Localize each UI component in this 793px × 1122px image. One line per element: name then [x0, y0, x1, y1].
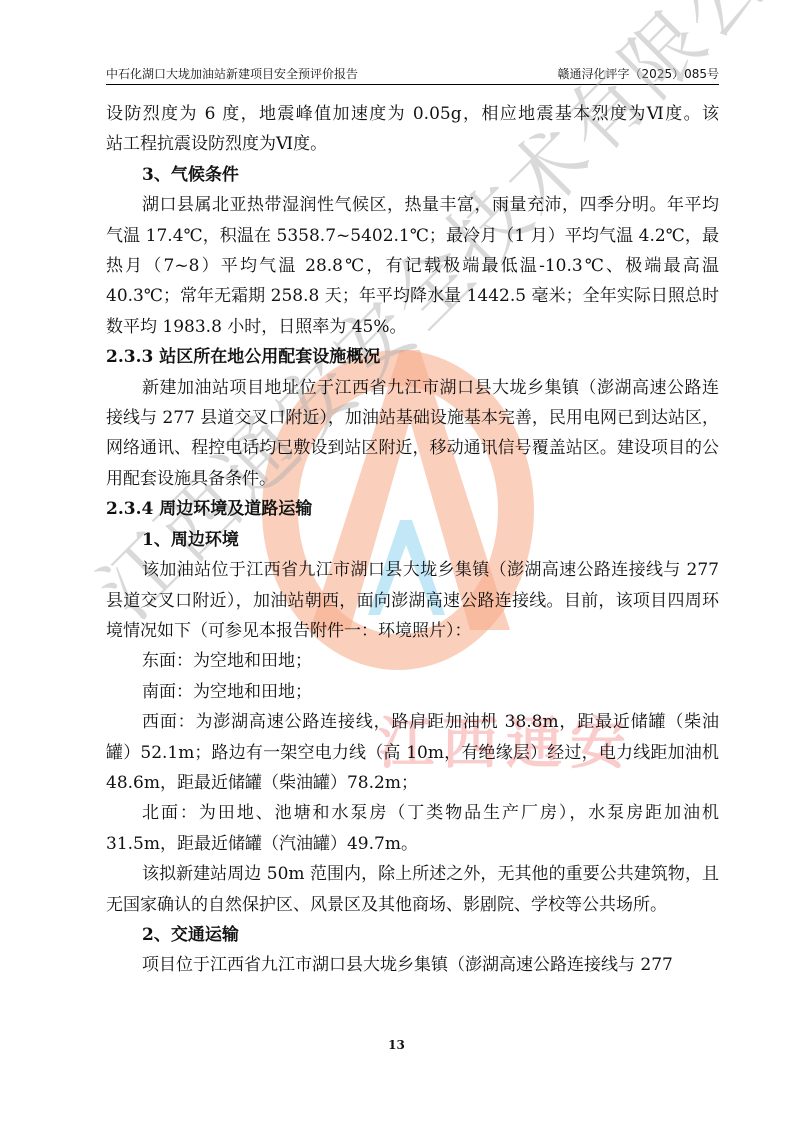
- paragraph-south: 南面：为空地和田地；: [106, 677, 719, 707]
- paragraph-range: 该拟新建站周边 50m 范围内，除上所述之外，无其他的重要公共建筑物，且无国家确…: [106, 859, 719, 920]
- paragraph-east: 东面：为空地和田地；: [106, 646, 719, 676]
- page-number: 13: [0, 1038, 793, 1052]
- document-number: 赣通浔化评字（2025）085号: [558, 66, 719, 82]
- heading-section-2-3-4: 2.3.4 周边环境及道路运输: [106, 494, 719, 524]
- page-header: 中石化湖口大垅加油站新建项目安全预评价报告 赣通浔化评字（2025）085号: [106, 66, 719, 85]
- heading-transport: 2、交通运输: [106, 920, 719, 950]
- paragraph-climate: 湖口县属北亚热带湿润性气候区，热量丰富，雨量充沛，四季分明。年平均气温 17.4…: [106, 190, 719, 342]
- paragraph-seismic-line1: 设防烈度为 6 度，地震峰值加速度为 0.05g，相应地震基本烈度为Ⅵ度。该: [106, 99, 719, 129]
- paragraph-transport: 项目位于江西省九江市湖口县大垅乡集镇（澎湖高速公路连接线与 277: [106, 950, 719, 980]
- paragraph-utilities: 新建加油站项目地址位于江西省九江市湖口县大垅乡集镇（澎湖高速公路连接线与 277…: [106, 373, 719, 495]
- paragraph-seismic-line2: 站工程抗震设防烈度为Ⅵ度。: [106, 129, 719, 159]
- paragraph-surroundings: 该加油站位于江西省九江市湖口县大垅乡集镇（澎湖高速公路连接线与 277 县道交叉…: [106, 555, 719, 646]
- heading-climate: 3、气候条件: [106, 160, 719, 190]
- paragraph-west: 西面：为澎湖高速公路连接线，路肩距加油机 38.8m，距最近储罐（柴油罐）52.…: [106, 707, 719, 798]
- document-body: 设防烈度为 6 度，地震峰值加速度为 0.05g，相应地震基本烈度为Ⅵ度。该 站…: [106, 99, 719, 981]
- paragraph-north: 北面：为田地、池塘和水泵房（丁类物品生产厂房），水泵房距加油机 31.5m，距最…: [106, 798, 719, 859]
- report-title: 中石化湖口大垅加油站新建项目安全预评价报告: [106, 66, 358, 82]
- heading-section-2-3-3: 2.3.3 站区所在地公用配套设施概况: [106, 342, 719, 372]
- heading-surroundings: 1、周边环境: [106, 525, 719, 555]
